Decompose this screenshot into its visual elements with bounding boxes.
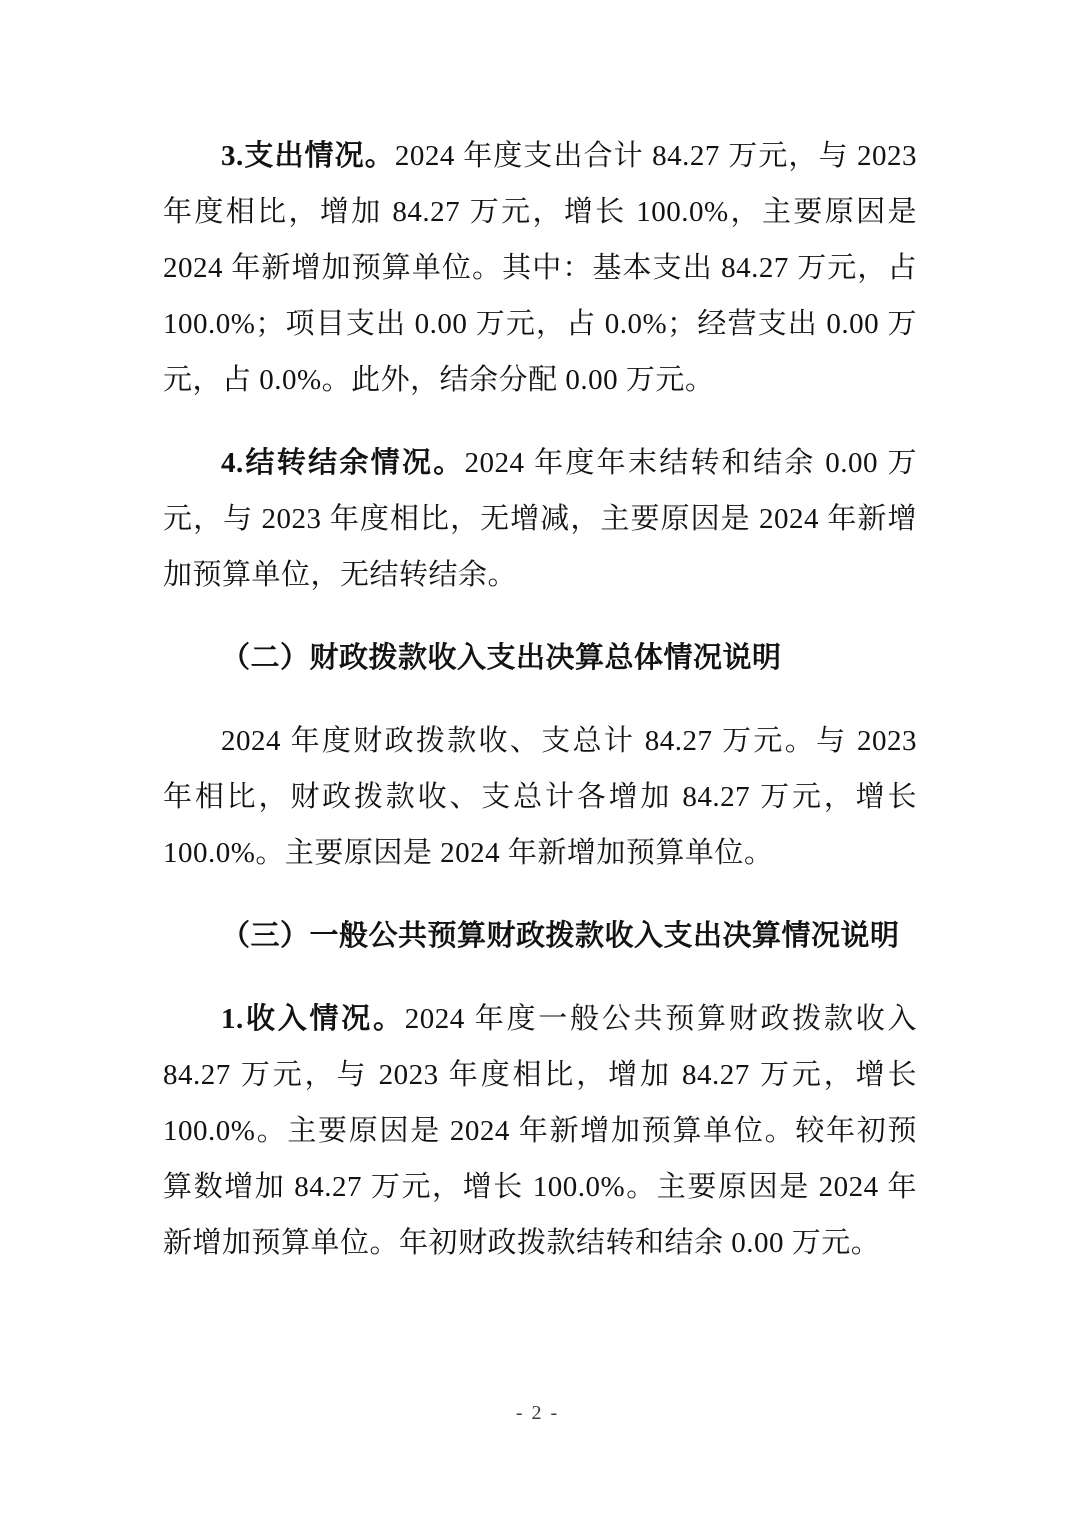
section-heading-general-public-budget: （三）一般公共预算财政拨款收入支出决算情况说明 <box>163 908 917 964</box>
paragraph-carryover-overview: 4.结转结余情况。2024 年度年末结转和结余 0.00 万元，与 2023 年… <box>163 435 917 603</box>
document-body: 3.支出情况。2024 年度支出合计 84.27 万元，与 2023 年度相比，… <box>163 128 917 1298</box>
document-page: 3.支出情况。2024 年度支出合计 84.27 万元，与 2023 年度相比，… <box>0 0 1075 1520</box>
paragraph-lead-income: 1.收入情况。 <box>221 1003 405 1035</box>
page-number: - 2 - <box>0 1398 1075 1428</box>
paragraph-income-overview: 1.收入情况。2024 年度一般公共预算财政拨款收入 84.27 万元，与 20… <box>163 991 917 1271</box>
paragraph-text-income: 2024 年度一般公共预算财政拨款收入 84.27 万元，与 2023 年度相比… <box>163 1003 917 1259</box>
paragraph-expenditure-overview: 3.支出情况。2024 年度支出合计 84.27 万元，与 2023 年度相比，… <box>163 128 917 408</box>
paragraph-lead-carryover: 4.结转结余情况。 <box>221 447 465 479</box>
section-heading-fiscal-appropriation: （二）财政拨款收入支出决算总体情况说明 <box>163 630 917 686</box>
paragraph-text-fiscal-total: 2024 年度财政拨款收、支总计 84.27 万元。与 2023 年相比，财政拨… <box>163 725 917 869</box>
paragraph-fiscal-appropriation-total: 2024 年度财政拨款收、支总计 84.27 万元。与 2023 年相比，财政拨… <box>163 713 917 881</box>
paragraph-text-expenditure: 2024 年度支出合计 84.27 万元，与 2023 年度相比，增加 84.2… <box>163 140 917 396</box>
paragraph-lead-expenditure: 3.支出情况。 <box>221 140 395 172</box>
